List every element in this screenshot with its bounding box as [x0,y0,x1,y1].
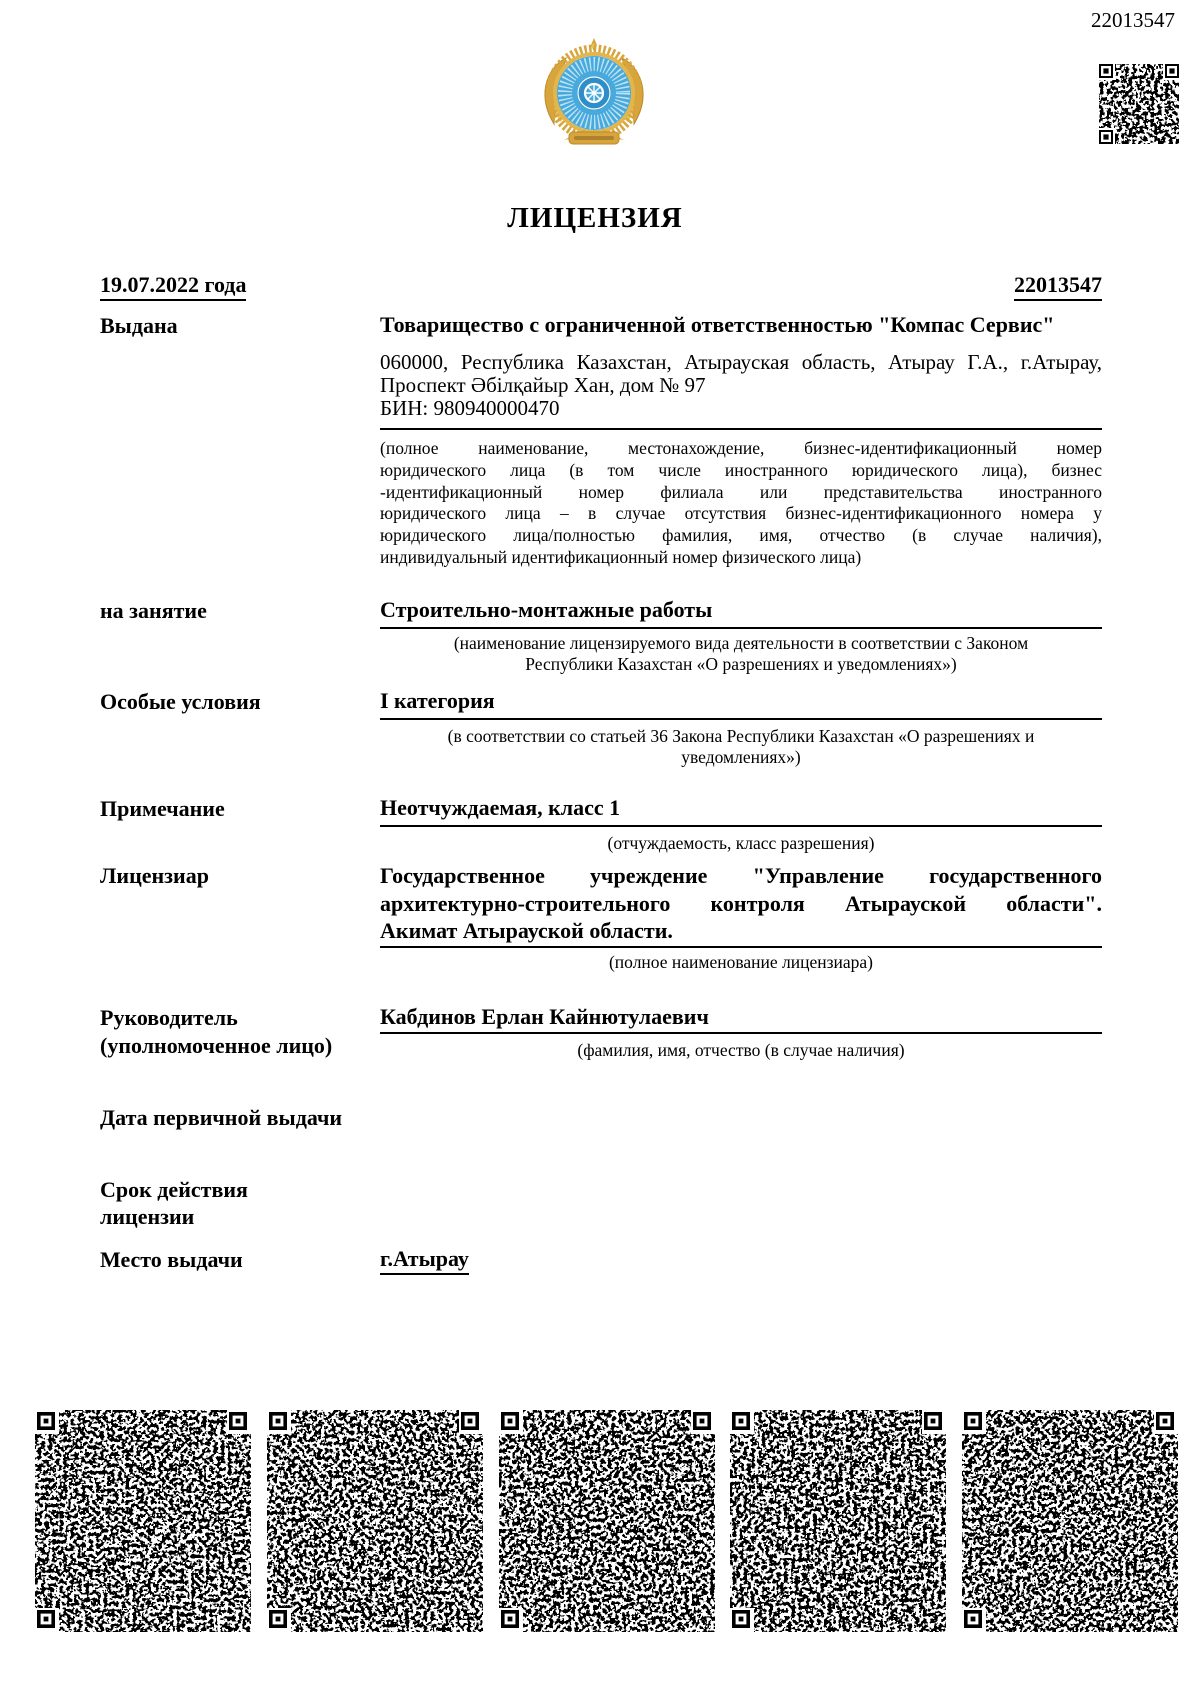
license-document: 22013547 Л [0,0,1190,1683]
special-conditions-caption: (в соответствии со статьей 36 Закона Рес… [380,726,1102,768]
caption-line: Республики Казахстан «О разрешениях и ув… [380,654,1102,675]
caption-line: (наименование лицензируемого вида деятел… [380,633,1102,654]
caption-line: уведомлениях») [380,747,1102,768]
issue-date: 19.07.2022 года [100,272,246,301]
barcode-block [35,1410,251,1632]
address-line: 060000, Республика Казахстан, Атырауская… [380,351,1102,374]
label-line: Срок действия [100,1176,430,1203]
label-line: лицензии [100,1203,430,1230]
licensee-address: 060000, Республика Казахстан, Атырауская… [380,351,1102,420]
activity-caption: (наименование лицензируемого вида деятел… [380,633,1102,675]
note-caption: (отчуждаемость, класс разрешения) [380,833,1102,854]
barcode-block [499,1410,715,1632]
head-name: Кабдинов Ерлан Кайнютулаевич [380,1004,1102,1034]
field-value-vydana: Товарищество с ограниченной ответственно… [380,312,1102,430]
footnote-line: -идентификационный номер филиала или пре… [380,482,1102,504]
activity-type: Строительно-монтажные работы [380,597,1102,629]
caption-line: (в соответствии со статьей 36 Закона Рес… [380,726,1102,747]
kazakhstan-coat-of-arms-icon [530,36,658,158]
license-number-text: 22013547 [1014,272,1102,301]
head-caption: (фамилия, имя, отчество (в случае наличи… [380,1040,1102,1061]
special-conditions: I категория [380,688,1102,720]
issue-date-text: 19.07.2022 года [100,272,246,301]
barcode-block [730,1410,946,1632]
footnote-line: (полное наименование, местонахождение, б… [380,438,1102,460]
licensor-caption: (полное наименование лицензиара) [380,952,1102,973]
footnote-line: юридического лица (в том числе иностранн… [380,460,1102,482]
license-number: 22013547 [380,272,1102,301]
footnote-line: юридического лица – в случае отсутствия … [380,503,1102,525]
issue-place-text: г.Атырау [380,1246,469,1275]
bin-number: БИН: 980940000470 [380,397,1102,420]
licensor-line: Акимат Атырауской области. [380,917,1102,945]
barcode-block [962,1410,1178,1632]
note-value: Неотчуждаемая, класс 1 [380,795,1102,827]
field-label-srok-deystviya: Срок действия лицензии [100,1176,430,1230]
footnote-line: индивидуальный идентификационный номер ф… [380,547,1102,569]
licensor-line: архитектурно-строительного контроля Атыр… [380,890,1102,918]
field-label-data-pervichnoy-vydachi: Дата первичной выдачи [100,1104,430,1132]
barcode-block [267,1410,483,1632]
barcode-strip [35,1410,1178,1632]
licensor-line: Государственное учреждение "Управление г… [380,862,1102,890]
footnote-line: юридического лица/полностью фамилия, имя… [380,525,1102,547]
page-title: ЛИЦЕНЗИЯ [0,202,1190,235]
vydana-footnote: (полное наименование, местонахождение, б… [380,438,1102,569]
document-number-top: 22013547 [1091,8,1175,33]
address-line: Проспект Әбілқайыр Хан, дом № 97 [380,374,1102,397]
licensee-name: Товарищество с ограниченной ответственно… [380,312,1102,338]
qr-code-icon [1097,62,1181,146]
issue-place: г.Атырау [380,1246,1102,1275]
licensor-name: Государственное учреждение "Управление г… [380,862,1102,948]
